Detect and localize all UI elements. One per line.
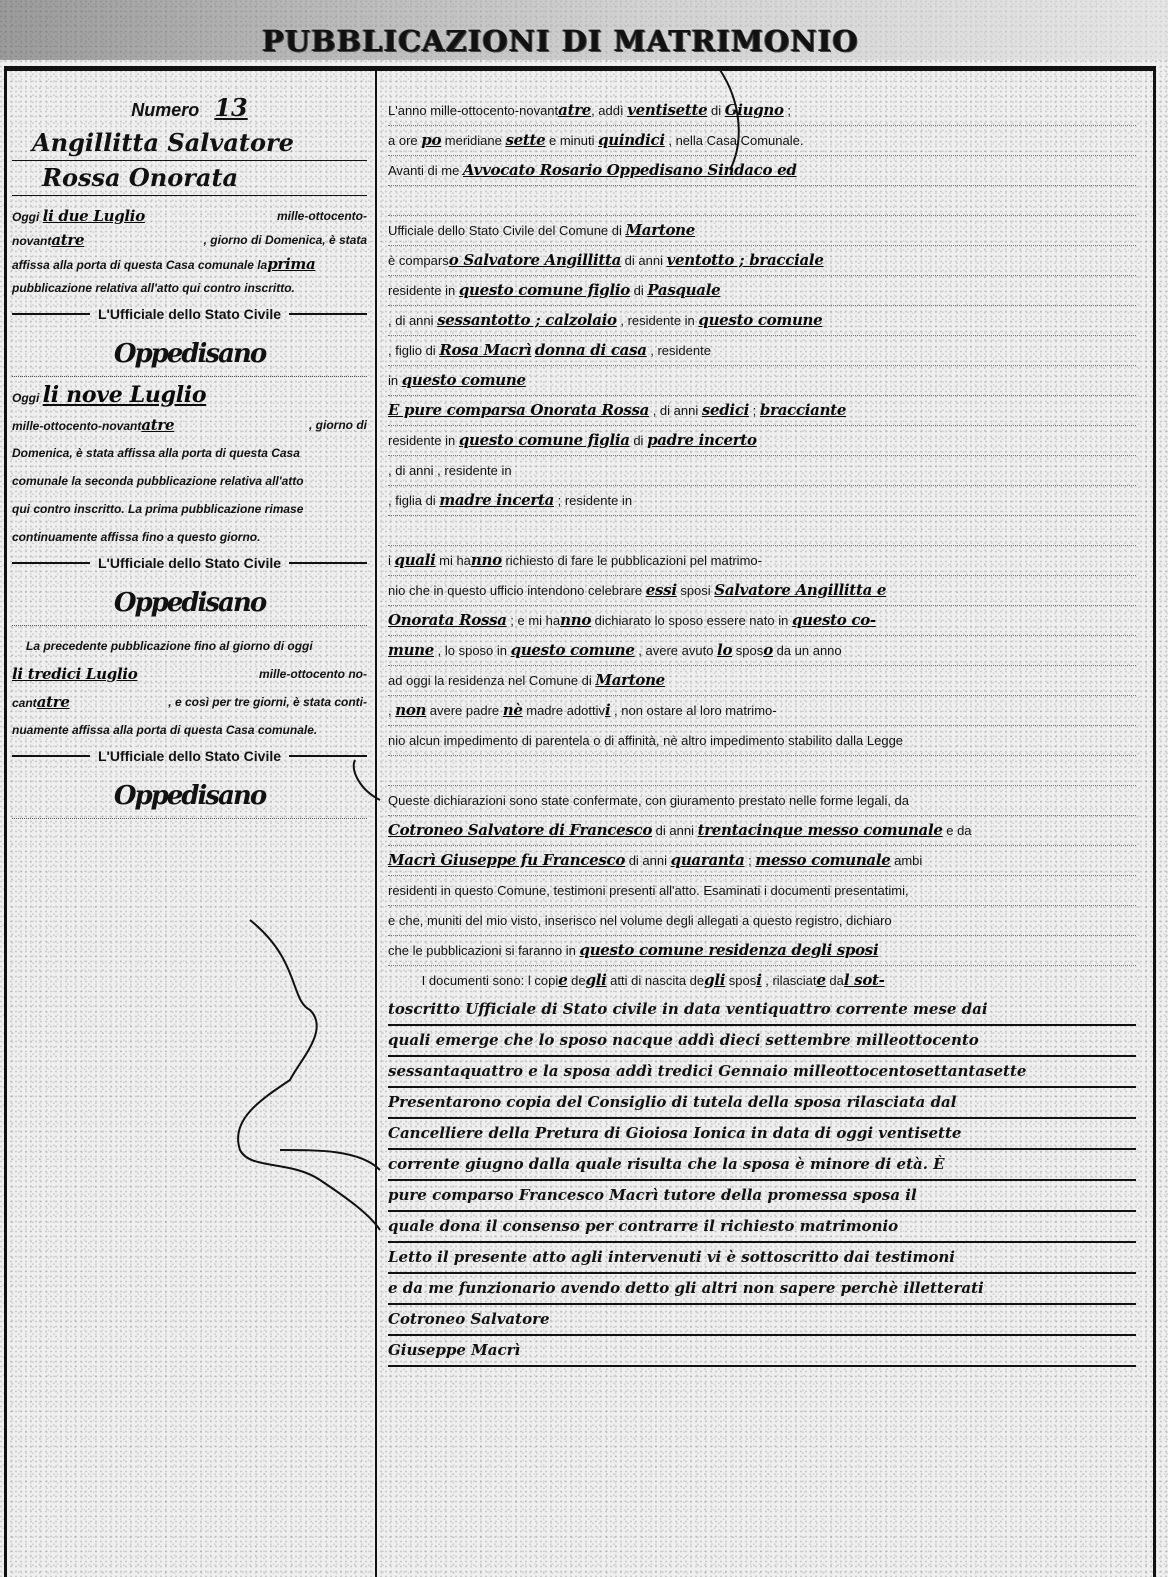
printed-text: e da: [943, 823, 972, 838]
handwritten-entry: ventisette: [627, 101, 707, 119]
handwritten-entry: sedici: [702, 401, 749, 419]
act-line: nio alcun impedimento di parentela o di …: [388, 726, 1136, 756]
handwritten-note-line: Cancelliere della Pretura di Gioiosa Ion…: [388, 1119, 1136, 1150]
printed-text: ambi: [891, 853, 923, 868]
handwritten-annotations: toscritto Ufficiale di Stato civile in d…: [388, 995, 1136, 1367]
handwritten-note-line: quali emerge che lo sposo nacque addì di…: [388, 1026, 1136, 1057]
printed-text: sposi: [677, 583, 715, 598]
printed-text: ;: [749, 403, 760, 418]
groom-name: Angillitta Salvatore: [12, 126, 367, 161]
printed-text: spos: [732, 643, 763, 658]
handwritten-note-line: sessantaquattro e la sposa addì tredici …: [388, 1057, 1136, 1088]
printed-text: di anni: [625, 853, 671, 868]
final-note-line-2: li tredici Luglio mille-ottocento no-: [12, 662, 367, 686]
officer-heading-3: L'Ufficiale dello Stato Civile: [12, 748, 367, 764]
printed-text: , nella Casa Comunale.: [665, 133, 804, 148]
second-pub-line-1: Oggi li nove Luglio: [12, 383, 367, 407]
first-pub-date: li due Luglio: [43, 207, 145, 225]
printed-text: , non ostare al loro matrimo-: [610, 703, 776, 718]
handwritten-entry: Avvocato Rosario Oppedisano Sindaco ed: [463, 161, 797, 179]
handwritten-note-line: e da me funzionario avendo detto gli alt…: [388, 1274, 1136, 1305]
handwritten-entry: madre incerta: [439, 491, 554, 509]
handwritten-entry: questo comune: [698, 311, 822, 329]
handwritten-note-line: Giuseppe Macrì: [388, 1336, 1136, 1367]
handwritten-note-line: corrente giugno dalla quale risulta che …: [388, 1150, 1136, 1181]
act-line: , figlia di madre incerta ; residente in: [388, 486, 1136, 516]
first-pub-line-2: novantatre, giorno di Domenica, è stata: [12, 228, 367, 252]
printed-text: dichiarato lo sposo essere nato in: [591, 613, 792, 628]
handwritten-entry: mune: [388, 641, 434, 659]
printed-text: , di anni: [649, 403, 702, 418]
printed-text: , addì: [591, 103, 627, 118]
printed-text: da un anno: [773, 643, 842, 658]
handwritten-entry: o: [763, 641, 773, 659]
handwritten-note-line: pure comparso Francesco Macrì tutore del…: [388, 1181, 1136, 1212]
printed-text: ;: [554, 493, 565, 508]
act-line: Cotroneo Salvatore di Francesco di anni …: [388, 816, 1136, 846]
act-line: , figlio di Rosa Macrì donna di casa , r…: [388, 336, 1136, 366]
handwritten-entry: essi: [646, 581, 677, 599]
printed-text: Avanti di me: [388, 163, 463, 178]
act-line: residenti in questo Comune, testimoni pr…: [388, 876, 1136, 906]
act-line: Ufficiale dello Stato Civile del Comune …: [388, 216, 1136, 246]
act-line: , non avere padre nè madre adottivi , no…: [388, 696, 1136, 726]
printed-text: ; e mi ha: [507, 613, 560, 628]
act-line: residente in questo comune figlia di pad…: [388, 426, 1136, 456]
handwritten-entry: E pure comparsa Onorata Rossa: [388, 401, 649, 419]
printed-text: avere padre: [426, 703, 503, 718]
act-line: [388, 516, 1136, 546]
printed-text: , residente in: [617, 313, 699, 328]
handwritten-note-line: quale dona il consenso per contrarre il …: [388, 1212, 1136, 1243]
act-line: a ore po meridiane sette e minuti quindi…: [388, 126, 1136, 156]
printed-text: ;: [745, 853, 756, 868]
handwritten-entry: Onorata Rossa: [388, 611, 507, 629]
final-note-line-3: cantatre, e così per tre giorni, è stata…: [12, 690, 367, 714]
handwritten-entry: Martone: [595, 671, 665, 689]
handwritten-entry: nè: [503, 701, 523, 719]
handwritten-entry: bracciante: [760, 401, 846, 419]
printed-text: ;: [784, 103, 791, 118]
act-line: Avanti di me Avvocato Rosario Oppedisano…: [388, 156, 1136, 186]
printed-text: che le pubblicazioni si faranno in: [388, 943, 580, 958]
handwritten-entry: atre: [558, 101, 591, 119]
handwritten-entry: questo comune residenza degli sposi: [580, 941, 879, 959]
act-line: residente in questo comune figlio di Pas…: [388, 276, 1136, 306]
handwritten-entry: non: [395, 701, 426, 719]
second-pub-line-4: comunale la seconda pubblicazione relati…: [12, 469, 367, 493]
handwritten-entry: donna di casa: [535, 341, 647, 359]
handwritten-note-line: Presentarono copia del Consiglio di tute…: [388, 1088, 1136, 1119]
act-line: Macrì Giuseppe fu Francesco di anni quar…: [388, 846, 1136, 876]
printed-text: , di anni: [388, 463, 437, 478]
act-line: E pure comparsa Onorata Rossa , di anni …: [388, 396, 1136, 426]
printed-text: , residente in: [437, 463, 511, 478]
handwritten-entry: nno: [471, 551, 502, 569]
final-note-line-1: La precedente pubblicazione fino al gior…: [12, 634, 367, 658]
act-line: L'anno mille-ottocento-novantatre, addì …: [388, 96, 1136, 126]
printed-text: e minuti: [545, 133, 598, 148]
printed-text: , figlia di: [388, 493, 439, 508]
act-line: Queste dichiarazioni sono state conferma…: [388, 786, 1136, 816]
printed-text: di anni: [621, 253, 667, 268]
printed-text: residente in: [565, 493, 632, 508]
first-pub-line-1: Oggi li due Luglio mille-ottocento-: [12, 204, 367, 228]
act-line: , di anni , residente in: [388, 456, 1136, 486]
act-line: [388, 756, 1136, 786]
act-line: che le pubblicazioni si faranno in quest…: [388, 936, 1136, 966]
numero-value: 13: [214, 93, 247, 122]
printed-text: residente in: [388, 433, 459, 448]
officer-signature-2: Oppedisano: [12, 581, 367, 626]
act-line: ad oggi la residenza nel Comune di Marto…: [388, 666, 1136, 696]
column-divider: [375, 70, 377, 1577]
printed-text: residenti in questo Comune, testimoni pr…: [388, 883, 909, 898]
handwritten-entry: quindici: [598, 131, 665, 149]
handwritten-entry: questo comune figlio: [459, 281, 630, 299]
first-pub-line-3: affissa alla porta di questa Casa comuna…: [12, 252, 367, 276]
printed-text: madre adottiv: [523, 703, 605, 718]
second-pub-line-5: qui contro inscritto. La prima pubblicaz…: [12, 497, 367, 521]
first-pub-line-4: pubblicazione relativa all'atto qui cont…: [12, 276, 367, 300]
bride-name: Rossa Onorata: [12, 161, 367, 196]
printed-text: in: [388, 373, 402, 388]
handwritten-note-line: toscritto Ufficiale di Stato civile in d…: [388, 995, 1136, 1026]
handwritten-note-line: Letto il presente atto agli intervenuti …: [388, 1243, 1136, 1274]
officer-signature-3: Oppedisano: [12, 774, 367, 819]
printed-text: , residente: [647, 343, 711, 358]
handwritten-entry: ventotto ; bracciale: [667, 251, 824, 269]
printed-text: mi ha: [436, 553, 471, 568]
final-note-line-4: nuamente affissa alla porta di questa Ca…: [12, 718, 367, 742]
handwritten-entry: questo comune figlia: [459, 431, 630, 449]
act-line: è comparso Salvatore Angillitta di anni …: [388, 246, 1136, 276]
publication-record-column: Numero 13 Angillitta Salvatore Rossa Ono…: [12, 90, 367, 819]
second-pub-date: li nove Luglio: [43, 382, 207, 408]
handwritten-entry: Giugno: [725, 101, 784, 119]
printed-text: e che, muniti del mio visto, inserisco n…: [388, 913, 892, 928]
printed-text: , lo sposo in: [434, 643, 511, 658]
officer-signature-1: Oppedisano: [12, 332, 367, 377]
handwritten-entry: questo co-: [792, 611, 876, 629]
printed-text: di anni: [652, 823, 698, 838]
record-number: Numero 13: [12, 90, 367, 126]
handwritten-entry: Salvatore Angillitta e: [714, 581, 886, 599]
handwritten-entry: questo comune: [402, 371, 526, 389]
printed-text: residente in: [388, 283, 459, 298]
printed-text: nio che in questo ufficio intendono cele…: [388, 583, 646, 598]
handwritten-entry: Pasquale: [647, 281, 720, 299]
act-line: , di anni sessantotto ; calzolaio , resi…: [388, 306, 1136, 336]
marriage-act-column: L'anno mille-ottocento-novantatre, addì …: [388, 96, 1136, 1367]
printed-text: , di anni: [388, 313, 437, 328]
printed-text: meridiane: [441, 133, 505, 148]
printed-text: , figlio di: [388, 343, 439, 358]
second-pub-line-3: Domenica, è stata affissa alla porta di …: [12, 441, 367, 465]
document-title: PUBBLICAZIONI DI MATRIMONIO: [262, 24, 902, 58]
handwritten-note-line: Cotroneo Salvatore: [388, 1305, 1136, 1336]
numero-label: Numero: [131, 100, 199, 120]
printed-text: è compars: [388, 253, 449, 268]
act-line: nio che in questo ufficio intendono cele…: [388, 576, 1136, 606]
handwritten-entry: padre incerto: [647, 431, 757, 449]
handwritten-entry: messo comunale: [755, 851, 890, 869]
handwritten-entry: lo: [717, 641, 732, 659]
handwritten-entry: Macrì Giuseppe fu Francesco: [388, 851, 625, 869]
printed-text: richiesto di fare le pubblicazioni pel m…: [502, 553, 762, 568]
officer-heading-1: L'Ufficiale dello Stato Civile: [12, 306, 367, 322]
documents-line: I documenti sono: l copie degli atti di …: [388, 966, 1136, 995]
act-line: Onorata Rossa ; e mi hanno dichiarato lo…: [388, 606, 1136, 636]
handwritten-entry: quali: [395, 551, 436, 569]
printed-text: di: [630, 433, 647, 448]
act-line: in questo comune: [388, 366, 1136, 396]
handwritten-entry: questo comune: [511, 641, 635, 659]
act-line: [388, 186, 1136, 216]
handwritten-entry: po: [421, 131, 441, 149]
handwritten-entry: Martone: [626, 221, 696, 239]
handwritten-entry: trentacinque messo comunale: [698, 821, 943, 839]
handwritten-entry: o Salvatore Angillitta: [449, 251, 621, 269]
handwritten-entry: sette: [505, 131, 545, 149]
printed-text: di: [707, 103, 724, 118]
handwritten-entry: quaranta: [671, 851, 745, 869]
printed-text: Queste dichiarazioni sono state conferma…: [388, 793, 909, 808]
printed-text: L'anno mille-ottocento-novant: [388, 103, 558, 118]
printed-text: nio alcun impedimento di parentela o di …: [388, 733, 903, 748]
printed-text: a ore: [388, 133, 421, 148]
handwritten-entry: Rosa Macrì: [439, 341, 531, 359]
act-line: e che, muniti del mio visto, inserisco n…: [388, 906, 1136, 936]
act-line: i quali mi hanno richiesto di fare le pu…: [388, 546, 1136, 576]
handwritten-entry: nno: [560, 611, 591, 629]
printed-text: ad oggi la residenza nel Comune di: [388, 673, 595, 688]
printed-text: di: [630, 283, 647, 298]
handwritten-entry: Cotroneo Salvatore di Francesco: [388, 821, 652, 839]
final-note-date: li tredici Luglio: [12, 665, 137, 683]
printed-text: , avere avuto: [635, 643, 717, 658]
handwritten-entry: sessantotto ; calzolaio: [437, 311, 617, 329]
second-pub-line-6: continuamente affissa fino a questo gior…: [12, 525, 367, 549]
act-line: mune , lo sposo in questo comune , avere…: [388, 636, 1136, 666]
printed-text: Ufficiale dello Stato Civile del Comune …: [388, 223, 626, 238]
officer-heading-2: L'Ufficiale dello Stato Civile: [12, 555, 367, 571]
second-pub-line-2: mille-ottocento-novantatre, giorno di: [12, 413, 367, 437]
